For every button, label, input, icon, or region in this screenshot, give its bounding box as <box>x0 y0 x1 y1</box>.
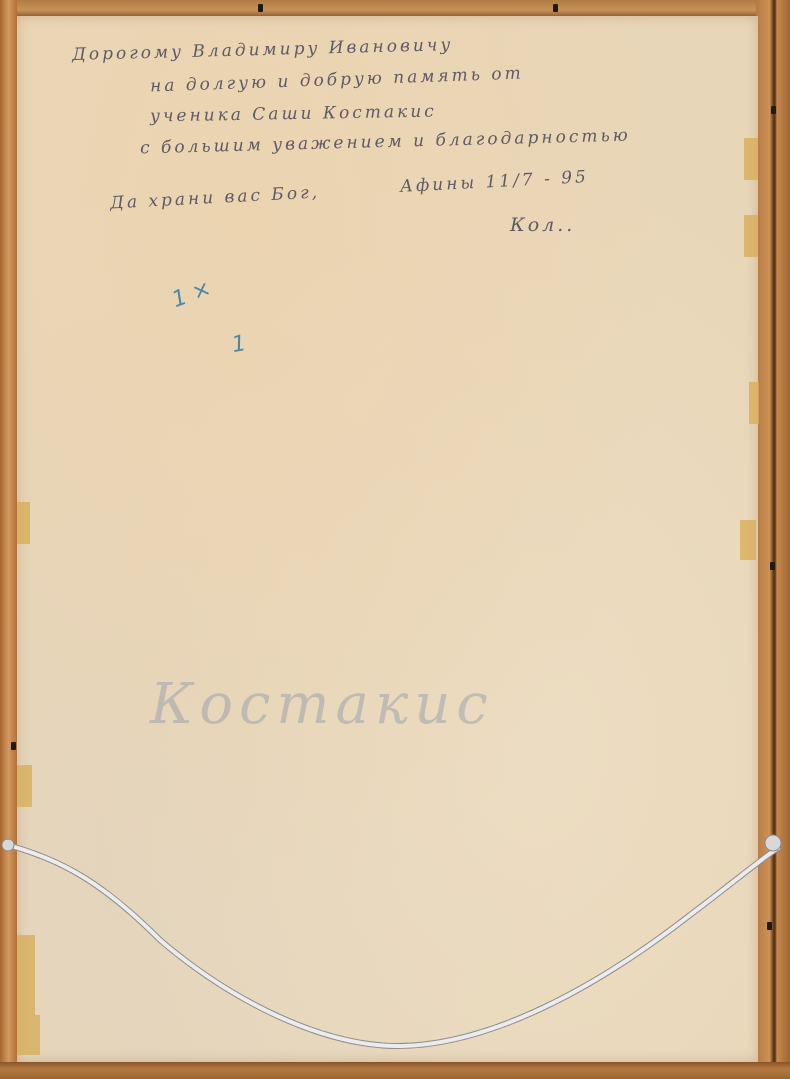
hanging-wire <box>0 0 790 1079</box>
